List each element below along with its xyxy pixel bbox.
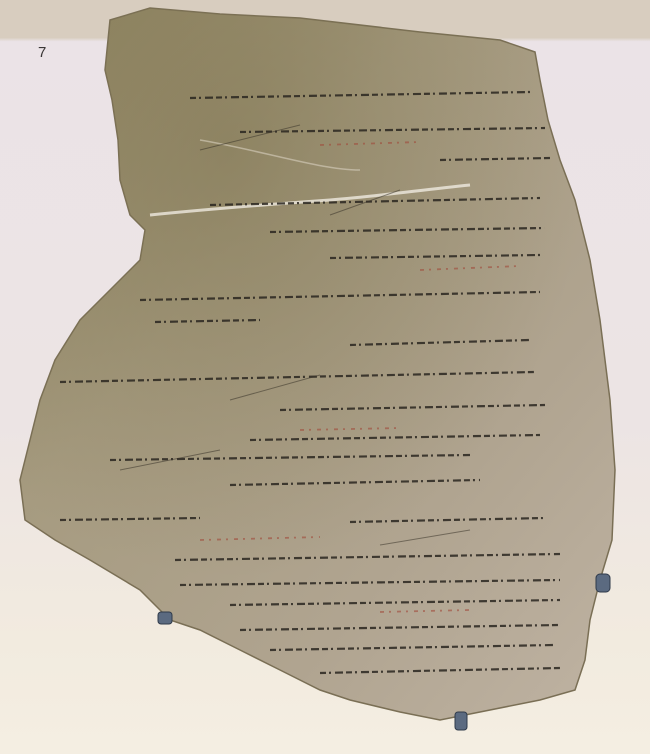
museum-display-photo: 7 xyxy=(0,0,650,754)
ostracon-illustration xyxy=(0,0,650,754)
exhibit-number-label: 7 xyxy=(38,44,46,61)
